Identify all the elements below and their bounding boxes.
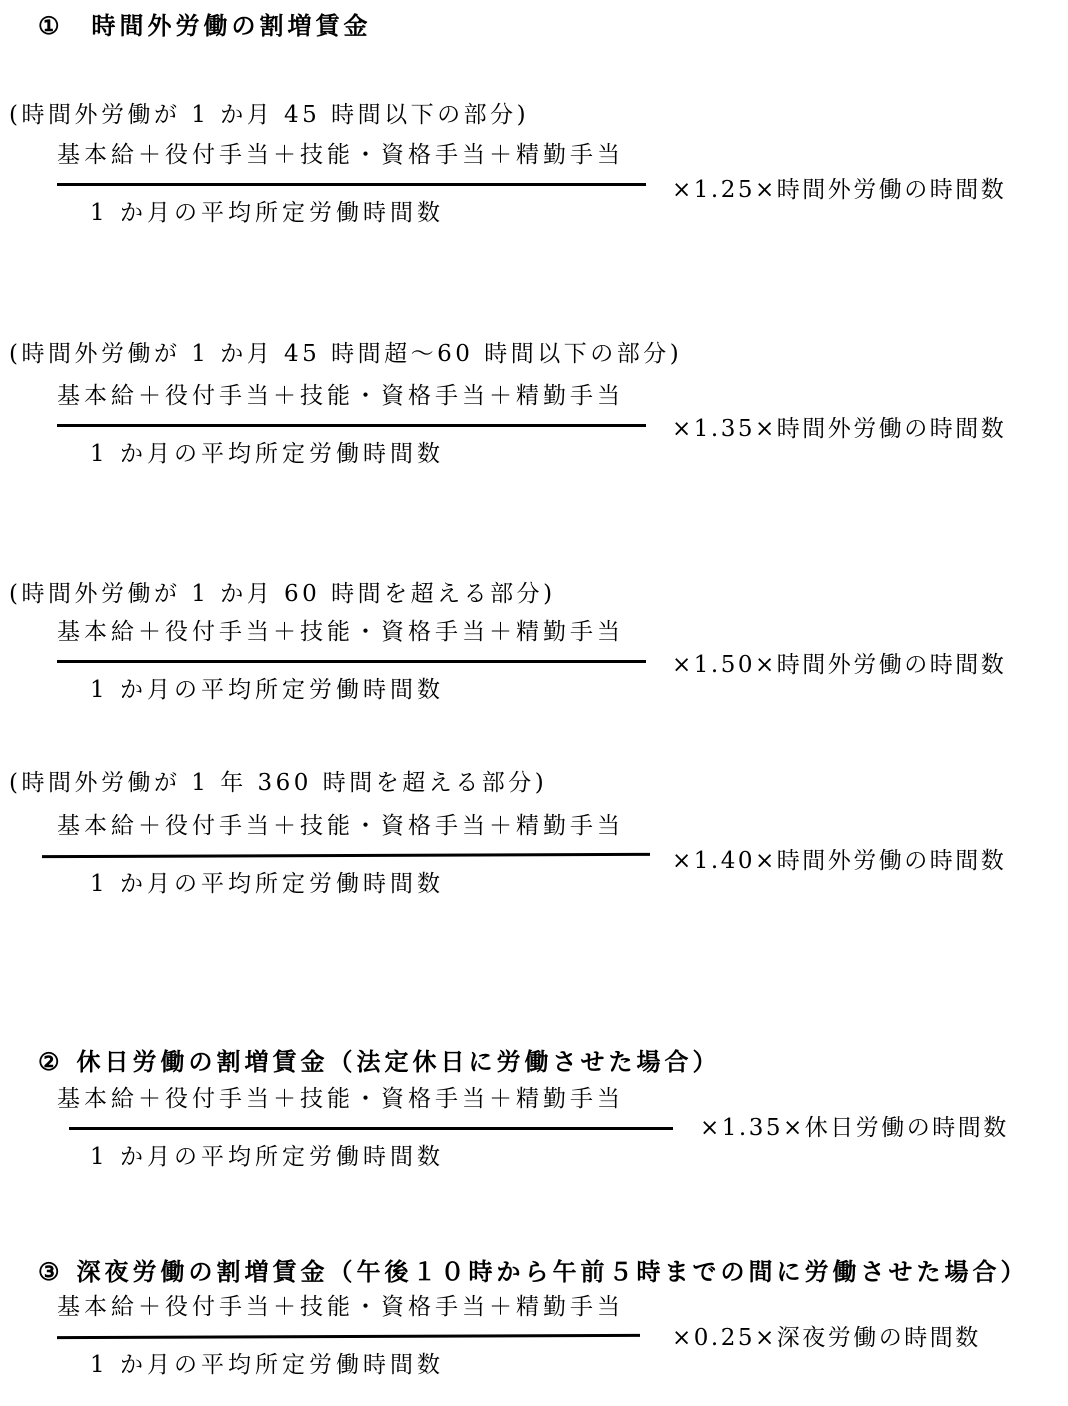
fraction-numerator: 基本給＋役付手当＋技能・資格手当＋精勤手当	[57, 618, 646, 646]
section-title: 深夜労働の割増賃金（午後１０時から午前５時までの間に労働させた場合）	[77, 1252, 1029, 1287]
wage-fraction: 基本給＋役付手当＋技能・資格手当＋精勤手当 1 か月の平均所定労働時間数	[57, 1293, 640, 1379]
condition-over-360h-year: (時間外労働が 1 年 360 時間を超える部分)	[9, 769, 547, 797]
fraction-denominator: 1 か月の平均所定労働時間数	[57, 676, 646, 704]
fraction-numerator: 基本給＋役付手当＋技能・資格手当＋精勤手当	[57, 141, 646, 169]
section-late-night-heading: ③ 深夜労働の割増賃金（午後１０時から午前５時までの間に労働させた場合）	[38, 1252, 1029, 1287]
circled-number-2: ②	[38, 1047, 60, 1076]
circled-number-1: ①	[38, 11, 60, 40]
multiplier-1-40: ×1.40×時間外労働の時間数	[672, 847, 1006, 875]
section-title: 休日労働の割増賃金（法定休日に労働させた場合）	[77, 1042, 721, 1077]
fraction-numerator: 基本給＋役付手当＋技能・資格手当＋精勤手当	[57, 382, 646, 410]
circled-number-3: ③	[38, 1257, 60, 1286]
fraction-numerator: 基本給＋役付手当＋技能・資格手当＋精勤手当	[57, 812, 650, 840]
multiplier-holiday-1-35: ×1.35×休日労働の時間数	[700, 1114, 1009, 1142]
multiplier-late-night-0-25: ×0.25×深夜労働の時間数	[672, 1324, 981, 1352]
fraction-denominator: 1 か月の平均所定労働時間数	[57, 1351, 640, 1379]
fraction-bar	[69, 1127, 673, 1130]
condition-45h-to-60h: (時間外労働が 1 か月 45 時間超～60 時間以下の部分)	[9, 340, 682, 368]
multiplier-1-50: ×1.50×時間外労働の時間数	[672, 651, 1006, 679]
section-title: 時間外労働の割増賃金	[92, 6, 372, 41]
condition-over-60h: (時間外労働が 1 か月 60 時間を超える部分)	[9, 580, 556, 608]
fraction-denominator: 1 か月の平均所定労働時間数	[57, 870, 650, 898]
wage-fraction: 基本給＋役付手当＋技能・資格手当＋精勤手当 1 か月の平均所定労働時間数	[57, 382, 646, 468]
fraction-bar	[57, 424, 646, 427]
fraction-bar	[57, 1334, 640, 1339]
wage-fraction: 基本給＋役付手当＋技能・資格手当＋精勤手当 1 か月の平均所定労働時間数	[57, 618, 646, 704]
fraction-numerator: 基本給＋役付手当＋技能・資格手当＋精勤手当	[57, 1085, 673, 1113]
fraction-denominator: 1 か月の平均所定労働時間数	[57, 199, 646, 227]
wage-fraction: 基本給＋役付手当＋技能・資格手当＋精勤手当 1 か月の平均所定労働時間数	[57, 1085, 673, 1171]
wage-fraction: 基本給＋役付手当＋技能・資格手当＋精勤手当 1 か月の平均所定労働時間数	[57, 141, 646, 227]
wage-fraction: 基本給＋役付手当＋技能・資格手当＋精勤手当 1 か月の平均所定労働時間数	[57, 812, 650, 898]
multiplier-1-35: ×1.35×時間外労働の時間数	[672, 415, 1006, 443]
fraction-bar	[57, 183, 646, 186]
fraction-denominator: 1 か月の平均所定労働時間数	[57, 440, 646, 468]
fraction-numerator: 基本給＋役付手当＋技能・資格手当＋精勤手当	[57, 1293, 640, 1321]
condition-under-45h: (時間外労働が 1 か月 45 時間以下の部分)	[9, 101, 529, 129]
section-overtime-heading: ① 時間外労働の割増賃金	[38, 6, 372, 41]
fraction-bar	[57, 660, 646, 663]
multiplier-1-25: ×1.25×時間外労働の時間数	[672, 176, 1006, 204]
section-holiday-heading: ② 休日労働の割増賃金（法定休日に労働させた場合）	[38, 1042, 721, 1077]
fraction-bar	[42, 853, 650, 858]
fraction-denominator: 1 か月の平均所定労働時間数	[57, 1143, 673, 1171]
